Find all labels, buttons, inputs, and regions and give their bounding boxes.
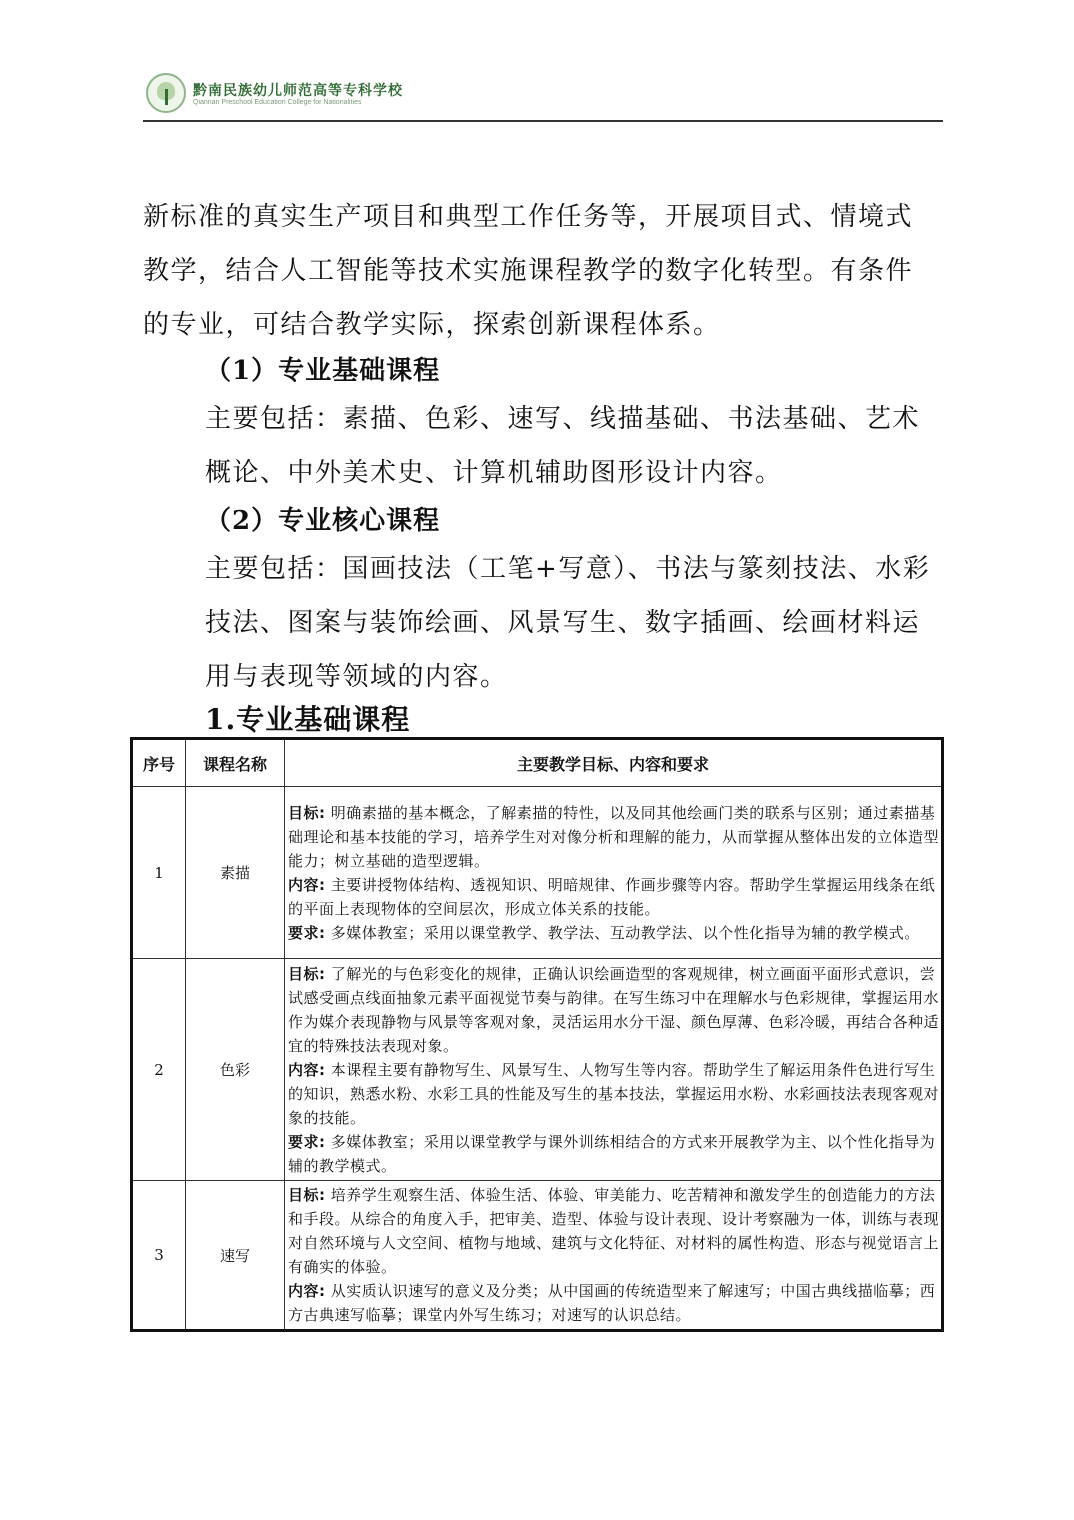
- row-number: 1: [132, 787, 186, 959]
- content-label: 内容:: [288, 1061, 326, 1079]
- content-text: 本课程主要有静物写生、风景写生、人物写生等内容。帮助学生了解运用条件色进行写生的…: [288, 1061, 939, 1127]
- course-table: 序号 课程名称 主要教学目标、内容和要求 1 素描 目标: 明确素描的基本概念，…: [130, 737, 944, 1332]
- table-header-row: 序号 课程名称 主要教学目标、内容和要求: [132, 739, 943, 787]
- row-number: 2: [132, 959, 186, 1181]
- content-text: 主要讲授物体结构、透视知识、明暗规律、作画步骤等内容。帮助学生掌握运用线条在纸的…: [288, 876, 935, 918]
- requirement-block: 要求: 多媒体教室；采用以课堂教学、教学法、互动教学法、以个性化指导为辅的教学模…: [288, 921, 939, 945]
- requirement-text: 多媒体教室；采用以课堂教学、教学法、互动教学法、以个性化指导为辅的教学模式。: [331, 924, 920, 942]
- content-block: 内容: 本课程主要有静物写生、风景写生、人物写生等内容。帮助学生了解运用条件色进…: [288, 1058, 939, 1130]
- column-header-detail: 主要教学目标、内容和要求: [285, 739, 943, 787]
- goal-block: 目标: 了解光的与色彩变化的规律，正确认识绘画造型的客观规律，树立画面平面形式意…: [288, 962, 939, 1058]
- goal-label: 目标:: [288, 1186, 326, 1204]
- table-row: 3 速写 目标: 培养学生观察生活、体验生活、体验、审美能力、吃苦精神和激发学生…: [132, 1181, 943, 1331]
- goal-text: 培养学生观察生活、体验生活、体验、审美能力、吃苦精神和激发学生的创造能力的方法和…: [288, 1186, 939, 1276]
- intro-paragraph: 新标准的真实生产项目和典型工作任务等，开展项目式、情境式 教学，结合人工智能等技…: [143, 190, 943, 352]
- section-heading-core: （2）专业核心课程: [205, 500, 440, 537]
- intro-line: 教学，结合人工智能等技术实施课程教学的数字化转型。有条件: [143, 244, 943, 298]
- requirement-block: 要求: 多媒体教室；采用以课堂教学与课外训练相结合的方式来开展教学为主、以个性化…: [288, 1130, 939, 1178]
- course-detail: 目标: 明确素描的基本概念，了解素描的特性，以及同其他绘画门类的联系与区别；通过…: [285, 787, 943, 959]
- section-text-foundation: 主要包括：素描、色彩、速写、线描基础、书法基础、艺术概论、中外美术史、计算机辅助…: [143, 392, 943, 500]
- requirement-label: 要求:: [288, 924, 326, 942]
- goal-label: 目标:: [288, 804, 326, 822]
- school-name-cn: 黔南民族幼儿师范高等专科学校: [193, 80, 403, 100]
- school-emblem-icon: [146, 73, 186, 113]
- course-name: 色彩: [186, 959, 285, 1181]
- paragraph-text: 主要包括：国画技法（工笔+写意）、书法与篆刻技法、水彩技法、图案与装饰绘画、风景…: [143, 542, 943, 704]
- row-number: 3: [132, 1181, 186, 1331]
- course-name: 素描: [186, 787, 285, 959]
- course-name: 速写: [186, 1181, 285, 1331]
- content-text: 从实质认识速写的意义及分类；从中国画的传统造型来了解速写；中国古典线描临摹；西方…: [288, 1282, 935, 1324]
- section-text-core: 主要包括：国画技法（工笔+写意）、书法与篆刻技法、水彩技法、图案与装饰绘画、风景…: [143, 542, 943, 704]
- content-label: 内容:: [288, 1282, 326, 1300]
- goal-text: 了解光的与色彩变化的规律，正确认识绘画造型的客观规律，树立画面平面形式意识，尝试…: [288, 965, 939, 1055]
- content-block: 内容: 从实质认识速写的意义及分类；从中国画的传统造型来了解速写；中国古典线描临…: [288, 1279, 939, 1327]
- course-detail: 目标: 了解光的与色彩变化的规律，正确认识绘画造型的客观规律，树立画面平面形式意…: [285, 959, 943, 1181]
- header-divider: [143, 120, 943, 122]
- section-heading-foundation: （1）专业基础课程: [205, 350, 440, 387]
- column-header-number: 序号: [132, 739, 186, 787]
- goal-text: 明确素描的基本概念，了解素描的特性，以及同其他绘画门类的联系与区别；通过素描基础…: [288, 804, 939, 870]
- content-block: 内容: 主要讲授物体结构、透视知识、明暗规律、作画步骤等内容。帮助学生掌握运用线…: [288, 873, 939, 921]
- page-header: 黔南民族幼儿师范高等专科学校 Qiannan Preschool Educati…: [143, 70, 943, 122]
- paragraph-text: 主要包括：素描、色彩、速写、线描基础、书法基础、艺术概论、中外美术史、计算机辅助…: [143, 392, 943, 500]
- table-title: 1.专业基础课程: [205, 698, 410, 738]
- table-row: 2 色彩 目标: 了解光的与色彩变化的规律，正确认识绘画造型的客观规律，树立画面…: [132, 959, 943, 1181]
- column-header-name: 课程名称: [186, 739, 285, 787]
- goal-block: 目标: 明确素描的基本概念，了解素描的特性，以及同其他绘画门类的联系与区别；通过…: [288, 801, 939, 873]
- goal-block: 目标: 培养学生观察生活、体验生活、体验、审美能力、吃苦精神和激发学生的创造能力…: [288, 1183, 939, 1279]
- table-row: 1 素描 目标: 明确素描的基本概念，了解素描的特性，以及同其他绘画门类的联系与…: [132, 787, 943, 959]
- intro-line: 的专业，可结合教学实际，探索创新课程体系。: [143, 298, 943, 352]
- intro-line: 新标准的真实生产项目和典型工作任务等，开展项目式、情境式: [143, 190, 943, 244]
- content-label: 内容:: [288, 876, 326, 894]
- school-name-en: Qiannan Preschool Education College for …: [193, 99, 362, 106]
- goal-label: 目标:: [288, 965, 326, 983]
- course-detail: 目标: 培养学生观察生活、体验生活、体验、审美能力、吃苦精神和激发学生的创造能力…: [285, 1181, 943, 1331]
- requirement-label: 要求:: [288, 1133, 326, 1151]
- requirement-text: 多媒体教室；采用以课堂教学与课外训练相结合的方式来开展教学为主、以个性化指导为辅…: [288, 1133, 935, 1175]
